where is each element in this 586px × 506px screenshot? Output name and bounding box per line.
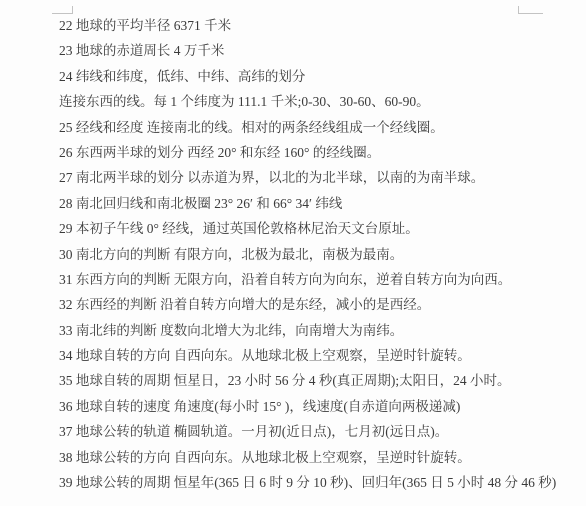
document-page[interactable]: 22 地球的平均半径 6371 千米 23 地球的赤道周长 4 万千米 24 纬… bbox=[0, 0, 586, 506]
doc-line-22: 22 地球的平均半径 6371 千米 bbox=[59, 13, 581, 38]
doc-line-31: 31 东西方向的判断 无限方向，沿着自转方向为向东，逆着自转方向为向西。 bbox=[59, 267, 581, 292]
doc-line-26: 26 东西两半球的划分 西经 20° 和东经 160° 的经线圈。 bbox=[59, 140, 581, 165]
doc-line-36: 36 地球自转的速度 角速度(每小时 15° )，线速度(自赤道向两极递减) bbox=[59, 394, 581, 419]
doc-line-24-continuation: 连接东西的线。每 1 个纬度为 111.1 千米;0-30、30-60、60-9… bbox=[59, 89, 581, 114]
doc-line-38: 38 地球公转的方向 自西向东。从地球北极上空观察，呈逆时针旋转。 bbox=[59, 445, 581, 470]
document-text: 22 地球的平均半径 6371 千米 23 地球的赤道周长 4 万千米 24 纬… bbox=[59, 13, 581, 495]
doc-line-24: 24 纬线和纬度，低纬、中纬、高纬的划分 bbox=[59, 64, 581, 89]
doc-line-27: 27 南北两半球的划分 以赤道为界，以北的为北半球，以南的为南半球。 bbox=[59, 165, 581, 190]
doc-line-35: 35 地球自转的周期 恒星日，23 小时 56 分 4 秒(真正周期);太阳日，… bbox=[59, 368, 581, 393]
doc-line-39: 39 地球公转的周期 恒星年(365 日 6 时 9 分 10 秒)、回归年(3… bbox=[59, 470, 581, 495]
doc-line-23: 23 地球的赤道周长 4 万千米 bbox=[59, 38, 581, 63]
doc-line-37: 37 地球公转的轨道 椭圆轨道。一月初(近日点)，七月初(远日点)。 bbox=[59, 419, 581, 444]
doc-line-28: 28 南北回归线和南北极圈 23° 26′ 和 66° 34′ 纬线 bbox=[59, 191, 581, 216]
doc-line-30: 30 南北方向的判断 有限方向，北极为最北，南极为最南。 bbox=[59, 242, 581, 267]
doc-line-34: 34 地球自转的方向 自西向东。从地球北极上空观察，呈逆时针旋转。 bbox=[59, 343, 581, 368]
doc-line-33: 33 南北纬的判断 度数向北增大为北纬，向南增大为南纬。 bbox=[59, 318, 581, 343]
doc-line-29: 29 本初子午线 0° 经线，通过英国伦敦格林尼治天文台原址。 bbox=[59, 216, 581, 241]
doc-line-25: 25 经线和经度 连接南北的线。相对的两条经线组成一个经线圈。 bbox=[59, 115, 581, 140]
doc-line-32: 32 东西经的判断 沿着自转方向增大的是东经，减小的是西经。 bbox=[59, 292, 581, 317]
